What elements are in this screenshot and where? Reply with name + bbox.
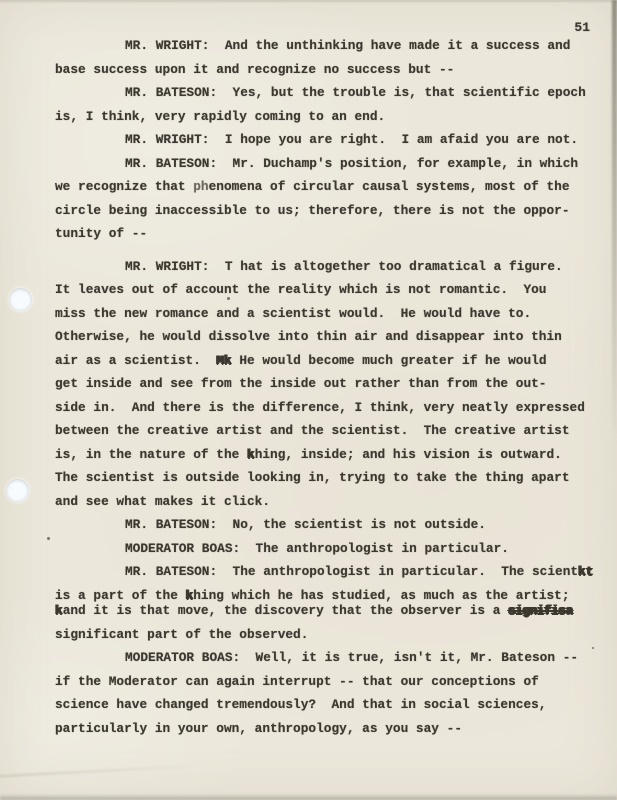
transcript-line: MR. WRIGHT: I hope you are right. I am a… [55, 128, 600, 152]
punch-hole-bottom [6, 479, 29, 502]
page-number: 51 [574, 20, 590, 35]
typed-text: significant part of the observed. [55, 627, 308, 642]
typed-text: between the creative artist and the scie… [55, 423, 570, 438]
typed-text: tunity of -- [55, 226, 147, 241]
typed-text: if the Moderator can again interrupt -- … [55, 674, 539, 689]
transcript-text-block: MR. WRIGHT: And the unthinking have made… [55, 34, 600, 740]
typed-text: base success upon it and recognize no su… [55, 62, 454, 77]
page-edge-top [0, 0, 617, 3]
transcript-line: MR. BATESON: The anthropologist in parti… [55, 560, 600, 584]
punch-hole-top [9, 288, 32, 311]
typed-text: is, I think, very rapidly coming to an e… [55, 109, 385, 124]
transcript-line: air as a scientist. Mk He would become m… [55, 349, 600, 373]
typed-text: MR. WRIGHT: I hope you are right. I am a… [125, 132, 578, 147]
typed-text: It leaves out of account the reality whi… [55, 282, 546, 297]
typed-text: science have changed tremendously? And t… [55, 697, 546, 712]
typed-text: Otherwise, he would dissolve into thin a… [55, 329, 562, 344]
transcript-line: if the Moderator can again interrupt -- … [55, 670, 600, 694]
transcript-line: MODERATOR BOAS: Well, it is true, isn't … [55, 646, 600, 670]
transcript-line: is, in the nature of the khing, inside; … [55, 443, 600, 467]
transcript-line: get inside and see from the inside out r… [55, 372, 600, 396]
scanned-transcript-page: 51 MR. WRIGHT: And the unthinking have m… [0, 0, 617, 800]
typed-text: air as a scientist. [55, 353, 216, 368]
typed-text: side in. And there is the difference, I … [55, 400, 585, 415]
page-edge-right [612, 0, 617, 470]
typed-text: MR. BATESON: Yes, but the trouble is, th… [125, 85, 586, 100]
typed-text: and see what makes it click. [55, 494, 270, 509]
transcript-line: significant part of the observed. [55, 623, 600, 647]
typed-text: He would become much greater if he would [232, 353, 547, 368]
typed-correction: kt [578, 564, 593, 579]
typed-text: MR. BATESON: Mr. Duchamp's position, for… [125, 156, 578, 171]
typed-correction: Mk [216, 353, 231, 368]
transcript-line: is, I think, very rapidly coming to an e… [55, 105, 600, 129]
typed-correction: k [55, 603, 63, 618]
transcript-line: MODERATOR BOAS: The anthropologist in pa… [55, 537, 600, 561]
transcript-line: MR. WRIGHT: T hat is altogether too dram… [55, 255, 600, 279]
typed-text: MR. BATESON: The anthropologist in parti… [125, 564, 578, 579]
transcript-line: Otherwise, he would dissolve into thin a… [55, 325, 600, 349]
transcript-line: MR. BATESON: No, the scientist is not ou… [55, 513, 600, 537]
typed-text: enomena of circular causal systems, most… [209, 179, 570, 194]
typed-text: particularly in your own, anthropology, … [55, 721, 462, 736]
transcript-line: tunity of -- [55, 222, 600, 246]
typed-text: get inside and see from the inside out r… [55, 376, 546, 391]
ink-speck [47, 537, 50, 540]
typed-text: MODERATOR BOAS: Well, it is true, isn't … [125, 650, 578, 665]
transcript-line: circle being inaccessible to us; therefo… [55, 199, 600, 223]
transcript-line: miss the new romance and a scientist wou… [55, 302, 600, 326]
transcript-line: The scientist is outside looking in, try… [55, 466, 600, 490]
typed-text: miss the new romance and a scientist wou… [55, 306, 531, 321]
typed-text: MR. BATESON: No, the scientist is not ou… [125, 517, 486, 532]
typed-text: MR. WRIGHT: T hat is altogether too dram… [125, 259, 563, 274]
typed-text: and it is that move, the discovery that … [63, 603, 508, 618]
typed-correction: k [247, 447, 255, 462]
transcript-line: and see what makes it click. [55, 490, 600, 514]
typed-correction: signifisa [508, 603, 573, 618]
transcript-line: side in. And there is the difference, I … [55, 396, 600, 420]
typed-correction: ph [193, 179, 208, 194]
transcript-line: between the creative artist and the scie… [55, 419, 600, 443]
typed-text: hing, inside; and his vision is outward. [255, 447, 562, 462]
typed-text: circle being inaccessible to us; therefo… [55, 203, 570, 218]
typed-text: we recognize that [55, 179, 193, 194]
typed-text: MR. WRIGHT: And the unthinking have made… [125, 38, 570, 53]
paper-crease [0, 764, 210, 778]
transcript-line: MR. BATESON: Mr. Duchamp's position, for… [55, 152, 600, 176]
transcript-line: we recognize that phenomena of circular … [55, 175, 600, 199]
typed-text: is, in the nature of the [55, 447, 247, 462]
transcript-line: MR. WRIGHT: And the unthinking have made… [55, 34, 600, 58]
transcript-line: kand it is that move, the discovery that… [55, 599, 600, 623]
typed-text: MODERATOR BOAS: The anthropologist in pa… [125, 541, 509, 556]
transcript-line: particularly in your own, anthropology, … [55, 717, 600, 741]
transcript-line: MR. BATESON: Yes, but the trouble is, th… [55, 81, 600, 105]
typed-text: The scientist is outside looking in, try… [55, 470, 570, 485]
transcript-line: science have changed tremendously? And t… [55, 693, 600, 717]
transcript-line: It leaves out of account the reality whi… [55, 278, 600, 302]
page-edge-bottom [0, 794, 617, 800]
transcript-line: base success upon it and recognize no su… [55, 58, 600, 82]
